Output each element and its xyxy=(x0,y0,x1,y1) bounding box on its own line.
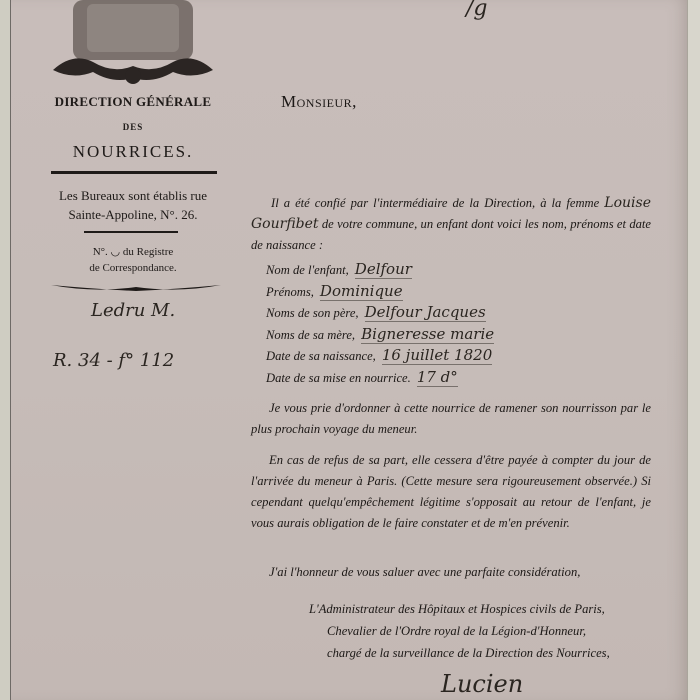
signatory-line-3: chargé de la surveillance de la Directio… xyxy=(309,642,610,664)
field-value: Delfour xyxy=(355,260,412,279)
field-label: Date de sa naissance, xyxy=(266,349,376,363)
salutation: Monsieur, xyxy=(281,92,357,112)
address-line: Sainte-Appoline, N°. 26. xyxy=(33,205,233,224)
ornamental-flourish-icon xyxy=(49,280,223,294)
field-value: Dominique xyxy=(320,282,403,301)
child-details: Nom de l'enfant,Delfour Prénoms,Dominiqu… xyxy=(266,260,494,389)
field-value: 17 d° xyxy=(417,368,458,387)
mat-left-edge xyxy=(0,0,10,700)
field-label: Prénoms, xyxy=(266,285,314,299)
field-row: Date de sa naissance,16 juillet 1820 xyxy=(266,346,494,368)
field-value: Bigneresse marie xyxy=(361,325,494,344)
intro-text-a: Il a été confié par l'intermédiaire de l… xyxy=(251,196,599,210)
intro-paragraph: Il a été confié par l'intermédiaire de l… xyxy=(251,193,651,256)
field-label: Noms de sa mère, xyxy=(266,328,355,342)
field-row: Noms de son père,Delfour Jacques xyxy=(266,303,494,325)
field-value: 16 juillet 1820 xyxy=(382,346,492,365)
registre-number: N°. ◡ du Registre xyxy=(33,244,233,260)
field-row: Nom de l'enfant,Delfour xyxy=(266,260,494,282)
field-label: Noms de son père, xyxy=(266,306,359,320)
address-divider xyxy=(84,231,178,233)
header-nourrices: NOURRICES. xyxy=(33,142,233,162)
header-divider xyxy=(51,171,217,174)
bureau-address: Les Bureaux sont établis rue Sainte-Appo… xyxy=(33,186,233,224)
header-des: DES xyxy=(33,122,233,132)
field-row: Noms de sa mère,Bigneresse marie xyxy=(266,325,494,347)
document-page: /g DIRECTION GÉNÉRALE DES NOURRICES. Les… xyxy=(10,0,689,700)
handwritten-name: Ledru M. xyxy=(91,300,175,321)
registre-label: de Correspondance. xyxy=(33,260,233,276)
coat-of-arms-icon xyxy=(53,0,213,86)
signatory-line-1: L'Administrateur des Hôpitaux et Hospice… xyxy=(309,598,610,620)
field-row: Date de sa mise en nourrice.17 d° xyxy=(266,368,494,390)
header-direction-generale: DIRECTION GÉNÉRALE xyxy=(33,94,233,110)
field-label: Date de sa mise en nourrice. xyxy=(266,371,411,385)
handwritten-reference: R. 34 - f° 112 xyxy=(53,350,174,371)
field-row: Prénoms,Dominique xyxy=(266,282,494,304)
field-value: Delfour Jacques xyxy=(365,303,486,322)
signatory-line-2: Chevalier de l'Ordre royal de la Légion-… xyxy=(309,620,610,642)
bureau-line: Les Bureaux sont établis rue xyxy=(33,186,233,205)
mat-right-edge xyxy=(687,0,700,700)
field-label: Nom de l'enfant, xyxy=(266,263,349,277)
signatory-title: L'Administrateur des Hôpitaux et Hospice… xyxy=(309,598,610,664)
registre-block: N°. ◡ du Registre de Correspondance. xyxy=(33,244,233,276)
handwritten-top-annotation: /g xyxy=(466,0,488,21)
paragraph-return-request: Je vous prie d'ordonner à cette nourrice… xyxy=(251,398,651,440)
signature: Lucien xyxy=(441,670,523,698)
paragraph-refusal-terms: En cas de refus de sa part, elle cessera… xyxy=(251,450,651,534)
closing-line: J'ai l'honneur de vous saluer avec une p… xyxy=(251,562,651,583)
